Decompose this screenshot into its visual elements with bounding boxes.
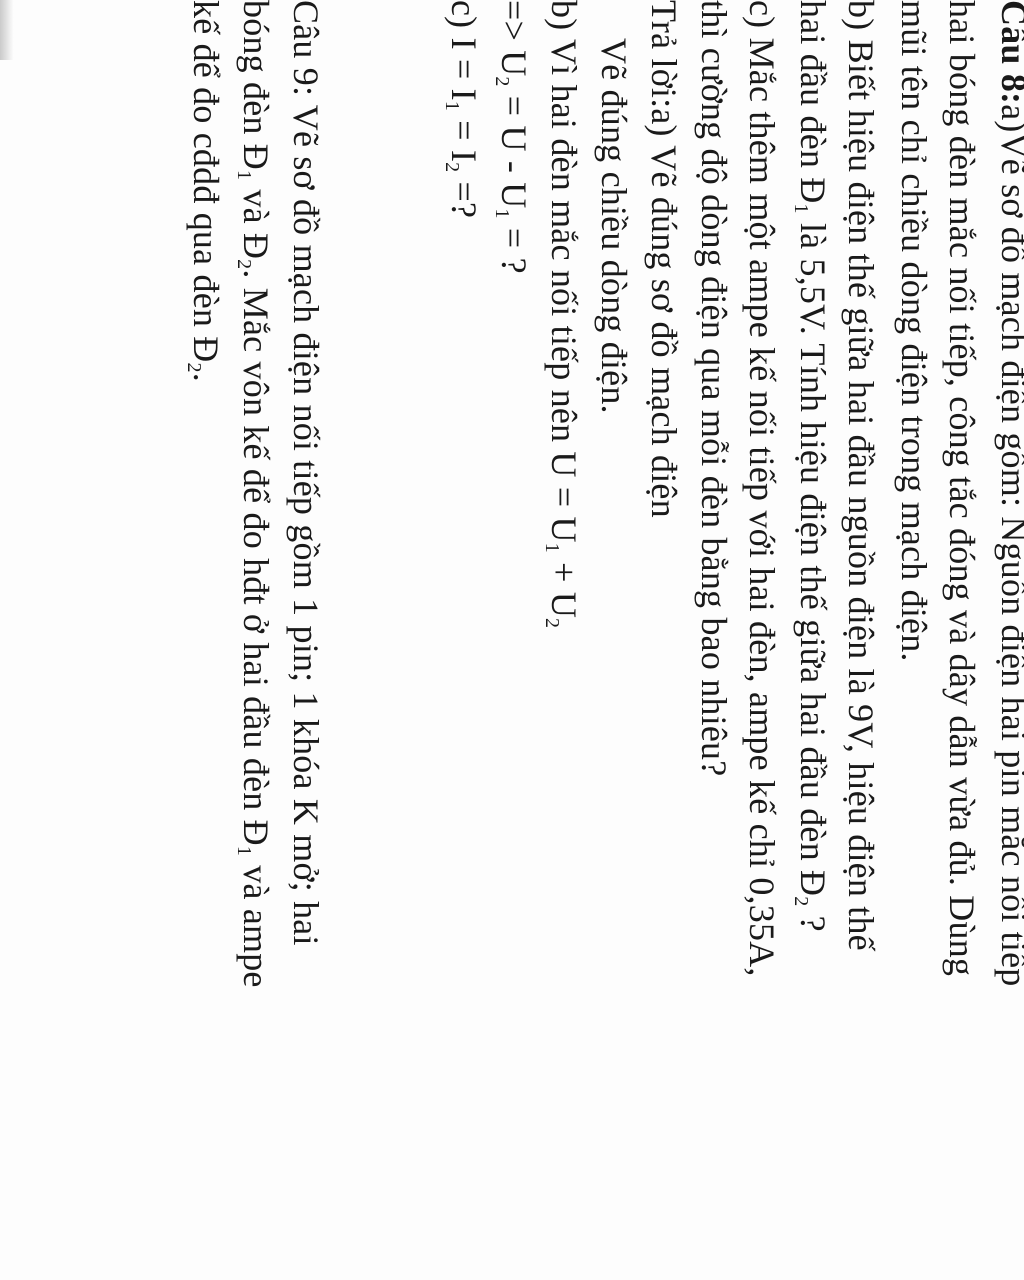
q8-line-2: hai bóng đèn mắc nối tiếp, công tắc đóng… bbox=[944, 0, 980, 976]
answer-b-line-1: b) Vì hai đèn mắc nối tiếp nên U = U1 + … bbox=[542, 0, 582, 628]
q8-part-b-line-1: b) Biết hiệu điện thế giữa hai đầu nguồn… bbox=[843, 0, 879, 951]
q9-line-2: bóng đèn Đ1 và Đ2. Mắc vôn kế để đo hđt … bbox=[234, 0, 274, 988]
rotated-text-block: Câu 8:a)Vẽ sơ đồ mạch điện gồm: Nguồn đi… bbox=[0, 0, 1024, 1280]
q8-line-1: Câu 8:a)Vẽ sơ đồ mạch điện gồm: Nguồn đi… bbox=[996, 0, 1024, 986]
q9-line-1: Câu 9: Vẽ sơ đồ mạch điện nối tiếp gồm 1… bbox=[288, 0, 324, 946]
q8-line-3: mũi tên chỉ chiều dòng điện trong mạch đ… bbox=[896, 0, 932, 662]
answer-c: c) I = I1 = I2 =? bbox=[442, 0, 482, 218]
document-page: Câu 8:a)Vẽ sơ đồ mạch điện gồm: Nguồn đi… bbox=[0, 0, 1024, 1280]
q8-part-c-line-2: thì cường độ dòng điện qua mỗi đèn bằng … bbox=[696, 0, 732, 776]
q8-part-b-line-2: hai đầu đèn Đ1 là 5,5V. Tính hiệu điện t… bbox=[791, 0, 831, 932]
answer-a-line-2: Vẽ đúng chiều dòng điện. bbox=[596, 38, 632, 414]
q8-part-c-line-1: c) Mắc thêm một ampe kế nối tiếp với hai… bbox=[744, 0, 780, 977]
answer-b-line-2: => U2 = U - U1 = ? bbox=[492, 0, 532, 274]
q8-heading: Câu 8: bbox=[994, 0, 1024, 104]
answer-a-line-1: Trả lời:a) Vẽ đúng sơ đồ mạch điện bbox=[646, 0, 682, 518]
q9-line-3: kế để đo cđdđ qua đèn Đ2. bbox=[184, 0, 224, 382]
